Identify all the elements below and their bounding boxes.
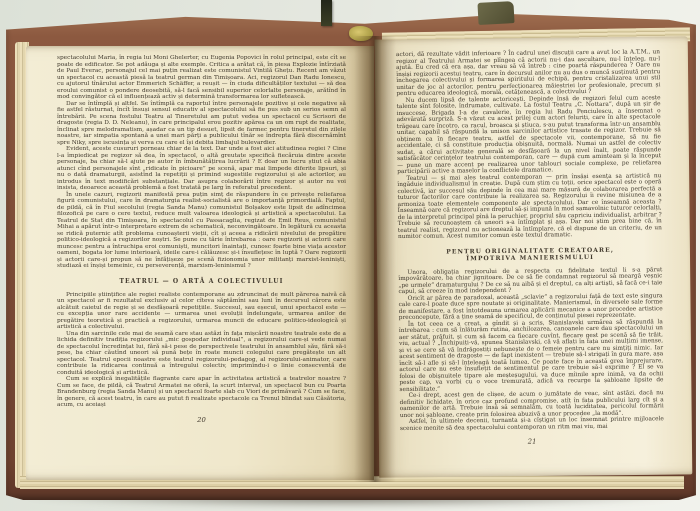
page-number-left: 20 (57, 417, 346, 424)
paragraph: Cum se explică inegalitățile flagrante c… (57, 376, 346, 409)
paragraph: Oricît ar părea de paradoxal, această „s… (399, 293, 663, 322)
paragraph: Nu ducem lipsă de talente actoricești. D… (396, 95, 661, 176)
paragraph: Astfel, în ultimele decenii, turnanta și… (400, 417, 664, 433)
book-gutter (354, 36, 396, 482)
section-heading: TEATRUL — O ARTĂ A COLECTIVULUI (57, 278, 346, 285)
paragraph: Una din sarcinile cele mai de seamă care… (57, 331, 346, 377)
section-heading-line2: ÎMPOTRIVA MANIERISMULUI (398, 253, 662, 263)
spine-top-corner (477, 1, 514, 25)
paragraph: Principiile științifice ale regiei reali… (57, 292, 346, 331)
left-page-text: spectacolului Maria, în regia lui Moni G… (57, 55, 346, 423)
paragraph: Evident, aceste cusururi porneau chiar d… (57, 146, 346, 192)
paragraph: În tot ceea ce a creat, a gîndit și a sc… (399, 319, 664, 393)
bookmark-ribbon-icon (321, 0, 332, 26)
paragraph: Unora, obligația regizorului de a respec… (398, 267, 662, 296)
paragraph: În unele cazuri, regizorii manifestă pre… (57, 192, 346, 270)
paragraph: Dar se întîmplă și altfel. Se întîmplă c… (57, 101, 346, 147)
section-heading: PENTRU ORIGINALITATE CREATOARE, ÎMPOTRIV… (398, 246, 662, 263)
right-page-text: actori, dă rezultate vădit inferioare ? … (396, 49, 664, 447)
open-book-photo: spectacolului Maria, în regia lui Moni G… (0, 0, 700, 511)
paragraph: Teatrul — și mai ales teatrul contempora… (397, 173, 662, 241)
paragraph: Ce-i drept, acest gen de clișee, de acum… (400, 391, 664, 420)
paragraph: spectacolului Maria, în regia lui Moni G… (57, 55, 346, 101)
paragraph: actori, dă rezultate vădit inferioare ? … (396, 49, 660, 97)
